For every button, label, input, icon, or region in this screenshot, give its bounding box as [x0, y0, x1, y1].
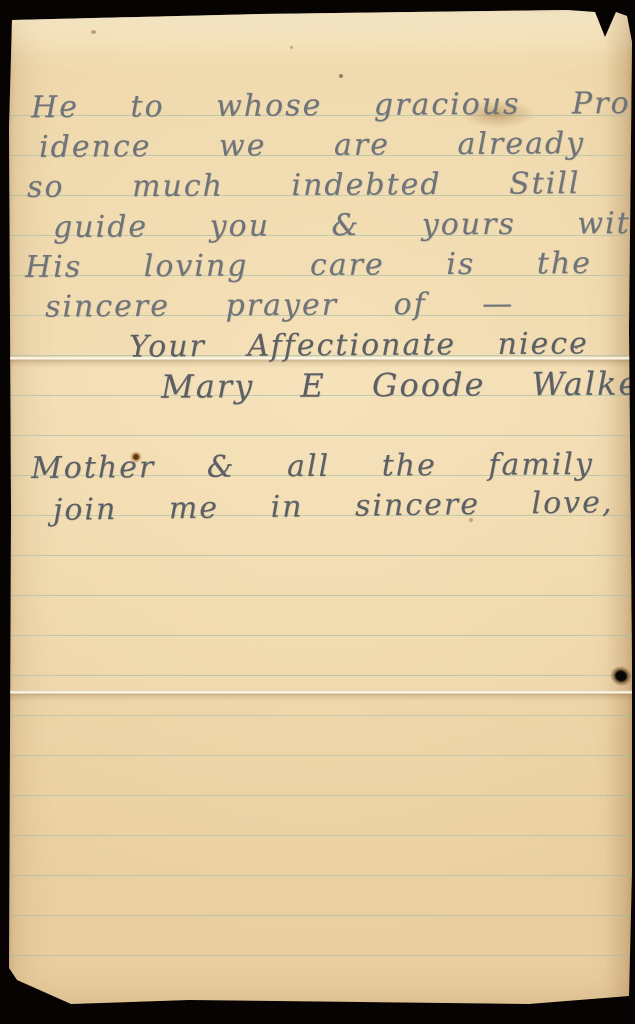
- paper-speck: [290, 46, 293, 49]
- signature-line: Mary E Goode Walker.: [161, 364, 635, 406]
- letter-page: He to whose gracious Prov- idence we are…: [9, 10, 632, 1009]
- postscript-line: Mother & all the family: [31, 447, 594, 486]
- fold-crease-line: [9, 690, 632, 702]
- handwritten-line: He to whose gracious Prov-: [31, 86, 635, 125]
- photo-background: He to whose gracious Prov- idence we are…: [0, 0, 635, 1024]
- handwritten-line: so much indebted Still: [27, 166, 581, 205]
- paper-top-sheen: [9, 10, 632, 56]
- handwritten-line: guide you & yours with: [53, 206, 635, 245]
- handwritten-line: idence we are already: [39, 126, 585, 165]
- paper-speck: [91, 30, 96, 34]
- fold-crease-lower: [9, 690, 632, 702]
- handwritten-line: His loving care is the: [25, 246, 592, 285]
- closing-line: Your Affectionate niece: [129, 326, 589, 364]
- paper-speck: [339, 74, 343, 78]
- handwritten-line: sincere prayer of —: [45, 286, 514, 324]
